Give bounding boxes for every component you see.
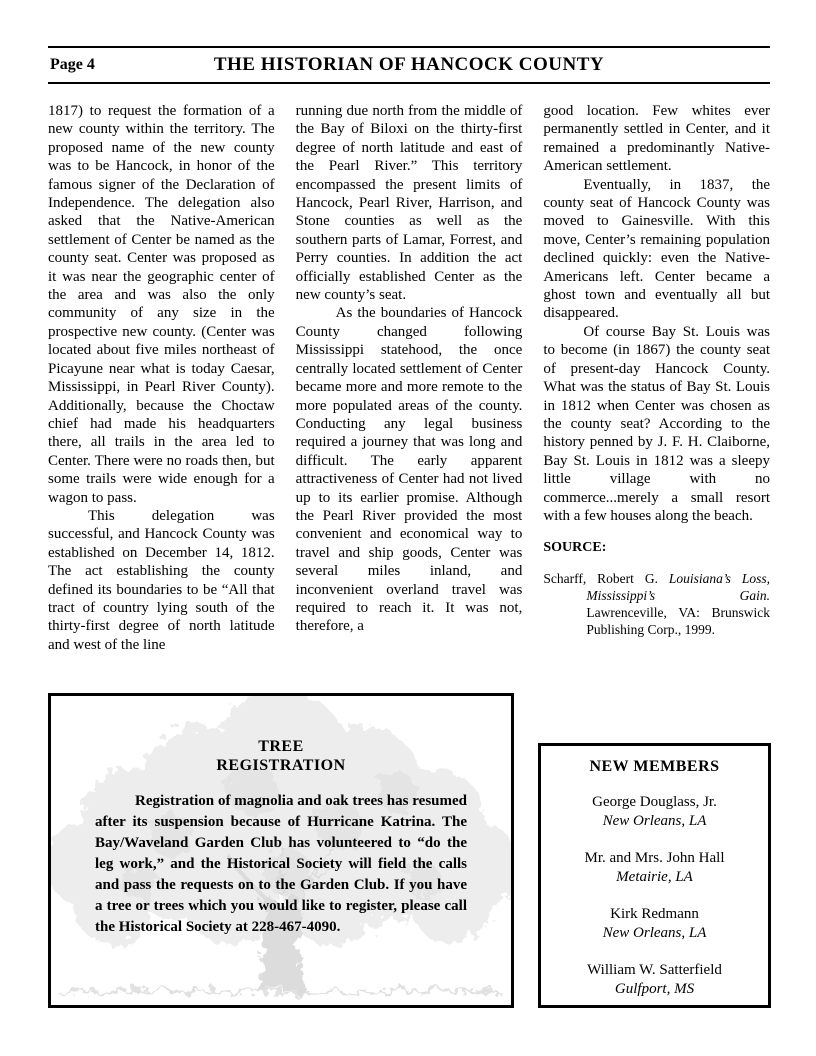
text-column-2: running due north from the middle of the… bbox=[296, 102, 523, 694]
source-citation: Scharff, Robert G. Louisiana’s Loss, Mis… bbox=[543, 570, 770, 638]
new-members-box: NEW MEMBERS George Douglass, Jr. New Orl… bbox=[538, 743, 771, 1008]
paragraph: As the boundaries of Hancock County chan… bbox=[296, 304, 523, 635]
page-header: Page 4 THE HISTORIAN OF HANCOCK COUNTY bbox=[48, 46, 770, 84]
member-city: New Orleans, LA bbox=[541, 812, 768, 831]
tree-registration-content: TREE REGISTRATION Registration of magnol… bbox=[51, 737, 511, 938]
article-columns: 1817) to request the formation of a new … bbox=[48, 102, 770, 694]
paragraph: 1817) to request the formation of a new … bbox=[48, 102, 275, 507]
tree-registration-body: Registration of magnolia and oak trees h… bbox=[95, 791, 467, 938]
citation-author: Scharff, Robert G. bbox=[543, 571, 669, 586]
member-name: Mr. and Mrs. John Hall bbox=[541, 849, 768, 868]
paragraph: Eventually, in 1837, the county seat of … bbox=[543, 176, 770, 323]
member-entry: Kirk Redmann New Orleans, LA bbox=[541, 905, 768, 942]
member-name: Kirk Redmann bbox=[541, 905, 768, 924]
source-heading: SOURCE: bbox=[543, 539, 770, 557]
paragraph: Of course Bay St. Louis was to become (i… bbox=[543, 323, 770, 525]
member-name: George Douglass, Jr. bbox=[541, 793, 768, 812]
paragraph: This delegation was successful, and Hanc… bbox=[48, 507, 275, 654]
header-rule-bottom bbox=[48, 82, 770, 84]
member-entry: William W. Satterfield Gulfport, MS bbox=[541, 961, 768, 998]
paragraph: running due north from the middle of the… bbox=[296, 102, 523, 304]
member-city: New Orleans, LA bbox=[541, 924, 768, 943]
citation-publisher: Lawrenceville, VA: Brunswick Publishing … bbox=[586, 605, 770, 637]
header-row: Page 4 THE HISTORIAN OF HANCOCK COUNTY bbox=[48, 48, 770, 82]
member-entry: George Douglass, Jr. New Orleans, LA bbox=[541, 793, 768, 830]
page-number: Page 4 bbox=[50, 56, 95, 74]
member-city: Metairie, LA bbox=[541, 868, 768, 887]
member-city: Gulfport, MS bbox=[541, 980, 768, 999]
new-members-heading: NEW MEMBERS bbox=[541, 758, 768, 776]
newsletter-page: Page 4 THE HISTORIAN OF HANCOCK COUNTY 1… bbox=[0, 0, 816, 1056]
paragraph: good location. Few whites ever permanent… bbox=[543, 102, 770, 176]
member-entry: Mr. and Mrs. John Hall Metairie, LA bbox=[541, 849, 768, 886]
tree-registration-heading: TREE REGISTRATION bbox=[51, 737, 511, 775]
member-name: William W. Satterfield bbox=[541, 961, 768, 980]
text-column-1: 1817) to request the formation of a new … bbox=[48, 102, 275, 694]
text-column-3: good location. Few whites ever permanent… bbox=[543, 102, 770, 694]
tree-registration-heading-line1: TREE bbox=[51, 737, 511, 756]
tree-registration-box: TREE REGISTRATION Registration of magnol… bbox=[48, 693, 514, 1008]
page-title: THE HISTORIAN OF HANCOCK COUNTY bbox=[48, 54, 770, 76]
tree-registration-heading-line2: REGISTRATION bbox=[51, 756, 511, 775]
